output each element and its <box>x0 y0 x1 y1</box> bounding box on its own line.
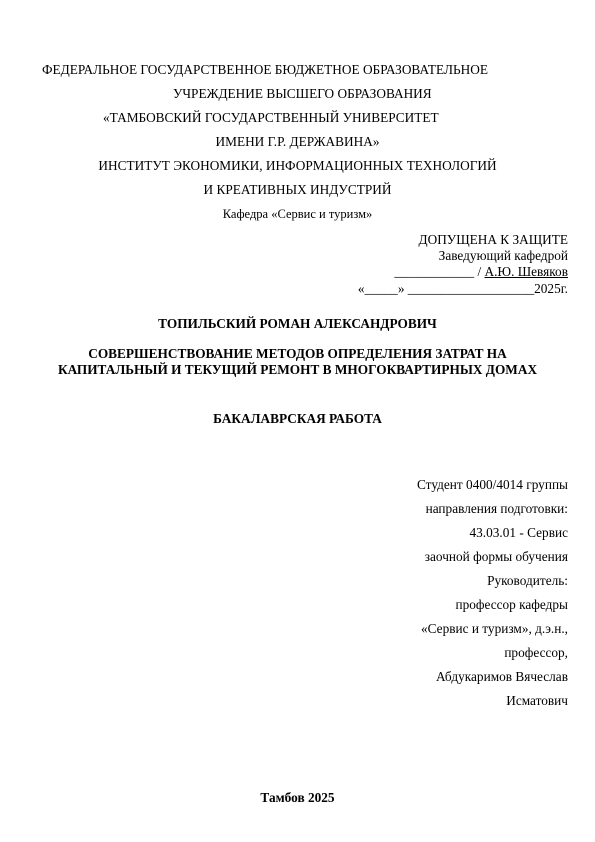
approval-date-line: «_____» ___________________2025г. <box>358 281 568 297</box>
student-info-line-1: Студент 0400/4014 группы <box>417 477 568 493</box>
supervisor-label: Руководитель: <box>487 573 568 589</box>
supervisor-line-3: профессор, <box>504 645 568 661</box>
thesis-title-line-2: КАПИТАЛЬНЫЙ И ТЕКУЩИЙ РЕМОНТ В МНОГОКВАР… <box>0 362 595 377</box>
work-type: БАКАЛАВРСКАЯ РАБОТА <box>0 411 595 427</box>
student-info-line-3: 43.03.01 - Сервис <box>470 525 569 541</box>
supervisor-name-line-2: Исматович <box>506 693 568 709</box>
header-line-5: ИНСТИТУТ ЭКОНОМИКИ, ИНФОРМАЦИОННЫХ ТЕХНО… <box>0 158 595 174</box>
department: Кафедра «Сервис и туризм» <box>0 206 595 222</box>
header-line-6: И КРЕАТИВНЫХ ИНДУСТРИЙ <box>0 182 595 198</box>
student-info-line-2: направления подготовки: <box>426 501 568 517</box>
supervisor-line-1: профессор кафедры <box>455 597 568 613</box>
supervisor-line-2: «Сервис и туризм», д.э.н., <box>421 621 568 637</box>
city-year: Тамбов 2025 <box>0 790 595 806</box>
signer-name: А.Ю. Шевяков <box>485 264 569 279</box>
supervisor-name-line-1: Абдукаримов Вячеслав <box>436 669 568 685</box>
header-line-4: ИМЕНИ Г.Р. ДЕРЖАВИНА» <box>0 134 595 150</box>
author-name: ТОПИЛЬСКИЙ РОМАН АЛЕКСАНДРОВИЧ <box>0 316 595 332</box>
date-year: 2025г. <box>534 281 568 296</box>
thesis-title-line-1: СОВЕРШЕНСТВОВАНИЕ МЕТОДОВ ОПРЕДЕЛЕНИЯ ЗА… <box>0 346 595 361</box>
signature-separator: / <box>474 264 484 279</box>
date-month-blank: ___________________ <box>408 281 534 296</box>
student-info-line-4: заочной формы обучения <box>425 549 568 565</box>
header-line-1: ФЕДЕРАЛЬНОЕ ГОСУДАРСТВЕННОЕ БЮДЖЕТНОЕ ОБ… <box>42 62 488 78</box>
approval-signature-line: ____________ / А.Ю. Шевяков <box>394 264 568 280</box>
approval-title: ДОПУЩЕНА К ЗАЩИТЕ <box>419 232 568 248</box>
date-day-blank: «_____» <box>358 281 408 296</box>
header-line-2: УЧРЕЖДЕНИЕ ВЫСШЕГО ОБРАЗОВАНИЯ <box>173 86 432 102</box>
approval-role: Заведующий кафедрой <box>439 248 568 264</box>
signature-blank: ____________ <box>394 264 474 279</box>
header-line-3: «ТАМБОВСКИЙ ГОСУДАРСТВЕННЫЙ УНИВЕРСИТЕТ <box>103 110 439 126</box>
